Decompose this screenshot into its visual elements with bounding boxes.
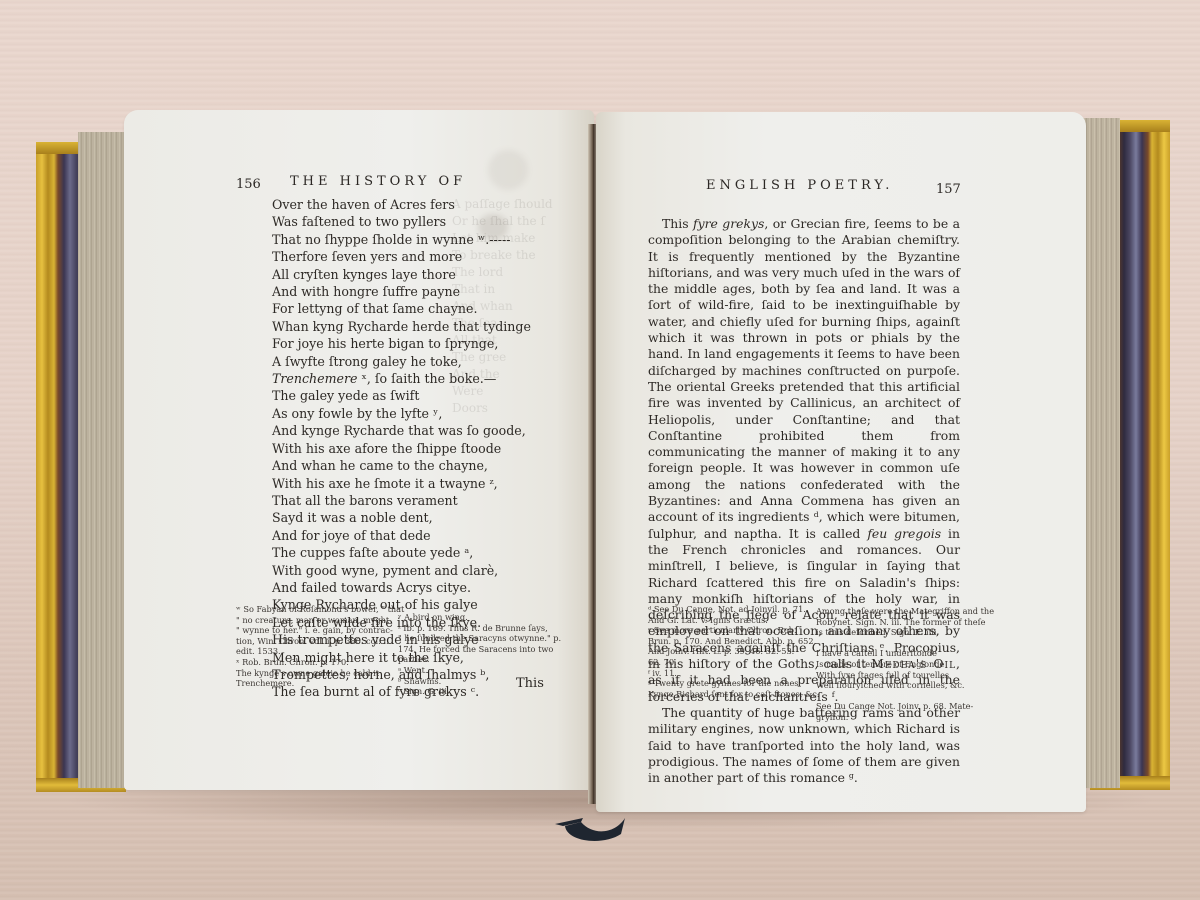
footnote-line: gryffon. (816, 712, 966, 723)
verse-line: Sayd it was a noble dent, (272, 509, 572, 526)
footnote-line: parties. (398, 654, 568, 665)
footnote-line: Is made of tembre of Englonde (816, 659, 966, 670)
footnote-line: With ſyxe ſtages full of tourelles (816, 670, 966, 681)
verse-line: For joye his herte bigan to ſprynge, (272, 335, 572, 352)
verse-line: For lettyng of that ſame chayne. (272, 300, 572, 317)
verse-line: Was faſtened to two pyllers (272, 213, 572, 230)
verse-line: And failed towards Acrys citye. (272, 579, 572, 596)
footnote-line: 62. 70. (648, 657, 808, 668)
verse-line: With good wyne, pyment and clarè, (272, 562, 572, 579)
verse-line: The cuppes faſte aboute yede ᵃ, (272, 544, 572, 561)
verse-line: With his axe he ſmote it a twayne ᶻ, (272, 475, 572, 492)
footnote-line: ʸ A bird on wing. (398, 612, 568, 623)
footnote-line: ˣ Rob. Brun. Chron. p. 170. (236, 657, 406, 668)
footnote-line (816, 638, 966, 649)
footnote-line: Robynet. Sign. N. iii. The former of the… (816, 617, 966, 628)
footnote-line: " he ſundred the Saracyns otwynne." p. (398, 633, 568, 644)
prose-segment: feu gregois (867, 526, 941, 541)
verse-line: And for joye of that dede (272, 527, 572, 544)
running-head-right: ENGLISH POETRY. (706, 178, 893, 193)
footnote-line: The kynge's owne galeie he cald it (236, 668, 406, 679)
footnote-line: is thus deſcribed. Sign. E. iiii. (816, 627, 966, 638)
prose-segment: , or Grecian fire, ſeems to be a compoſi… (648, 216, 960, 541)
verse-line: And whan he came to the chayne, (272, 457, 572, 474)
footnote-line: " no creature, man or woman, myght (236, 615, 406, 626)
footnote-line: Brun. p. 170. And Benedict. Abb. p. 652. (648, 636, 808, 647)
footnote-line: 174. He forced the Saracens into two (398, 644, 568, 655)
footnote-line: ᶠ iv. 11. (648, 668, 808, 679)
footnote-line: " wynne to her." i. e. gain, by contrac- (236, 625, 406, 636)
footnote-line: And Joinv. Hiſt. L. p. 39. 46. 52. 53. (648, 646, 808, 657)
prose-segment: fyre grekys (693, 216, 764, 231)
footnote-line: And Gl. Lat. V. Ignis Græcus. (648, 615, 808, 626)
footnote-line: ᵈ See Du Cange, Not. ad Joinvil. p. 71. (648, 604, 808, 615)
footnote-line (816, 691, 966, 702)
footnote-line: Kynge Richard ſent for to caſt ſtones, &… (648, 689, 808, 700)
prose-segment: This (662, 216, 693, 231)
verse-line: And with hongre ſuffre payne (272, 283, 572, 300)
ribbon-bookmark-icon (553, 800, 629, 848)
footnote-line: ᶻ Ib. p. 169. Thus R. de Brunne ſays, (398, 623, 568, 634)
photo-scene: A paſſage ſhouldOr he ſhal the ſLet him … (0, 0, 1200, 900)
foxing-stain (488, 150, 528, 190)
running-head-left: THE HISTORY OF (290, 174, 466, 189)
left-page-block-edge (78, 132, 130, 788)
footnote-line: Well flouryſched with cornelles, &c. (816, 680, 966, 691)
page-number-left: 156 (236, 177, 261, 192)
verse-line: Over the haven of Acres fers (272, 196, 572, 213)
footnotes-right-col1: ᵈ See Du Cange, Not. ad Joinvil. p. 71.A… (648, 604, 808, 699)
footnote-line: ᵃ Went. (398, 665, 568, 676)
footnotes-right-col2: Among theſe were the Mategriffon and the… (816, 606, 966, 723)
verse-line: The galey yede as ſwift (272, 387, 572, 404)
verse-line: With his axe afore the ſhippe ſtoode (272, 440, 572, 457)
footnote-line: tion, Win. Chron. vol. i. p. 380. col. i… (236, 636, 406, 647)
footnote-line: edit. 1533. (236, 646, 406, 657)
verse-line: Trenchemere ˣ, ſo ſaith the boke.— (272, 370, 572, 387)
footnote-line: ʷ So Fabyan of Roſamond's bower, " that (236, 604, 406, 615)
footnote-line: ᵉ See more particularly Chron. Rob. (648, 625, 808, 636)
footnote-line: I have a caſtell I underſtonde (816, 648, 966, 659)
verse-line: That all the barons verament (272, 492, 572, 509)
verse-line: Whan kyng Rycharde herde that tydinge (272, 318, 572, 335)
catchword: This (516, 676, 544, 691)
footnote-line: Trenchemere. (236, 678, 406, 689)
verse-line: Therfore ſeven yers and more (272, 248, 572, 265)
footnote-line: ᵍ Twenty grete gynnes for the nones (648, 678, 808, 689)
verse-line: That no ſhyppe ſholde in wynne ʷ.----- (272, 231, 572, 248)
footnote-line: See Du Cange Not. Joinv. p. 68. Mate- (816, 701, 966, 712)
footnotes-left-col1: ʷ So Fabyan of Roſamond's bower, " that"… (236, 604, 406, 689)
page-number-right: 157 (936, 182, 961, 197)
footnote-line: Among theſe were the Mategriffon and the (816, 606, 966, 617)
verse-line: All cryſten kynges laye thore (272, 266, 572, 283)
verse-line: As ony fowle by the lyfte ʸ, (272, 405, 572, 422)
verse-line: A ſwyfte ſtrong galey he toke, (272, 353, 572, 370)
verse-line: And kynge Rycharde that was ſo goode, (272, 422, 572, 439)
